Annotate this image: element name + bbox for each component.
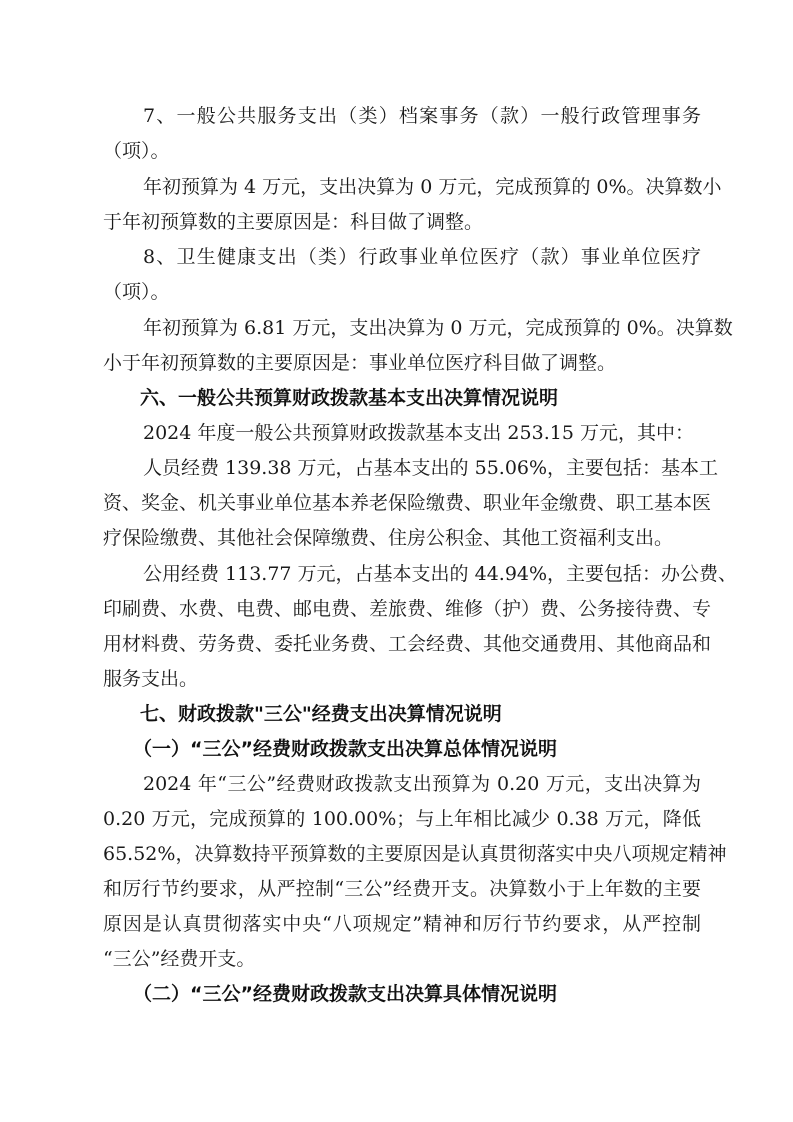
public-expense-para-cont-2: 用材料费、劳务费、委托业务费、工会经费、其他交通费用、其他商品和 bbox=[103, 629, 701, 659]
item-7-body: 年初预算为 4 万元，支出决算为 0 万元，完成预算的 0%。决算数小 bbox=[143, 172, 701, 202]
three-public-para-cont-4: 原因是认真贯彻落实中央“八项规定”精神和厉行节约要求，从严控制 bbox=[103, 909, 701, 939]
public-expense-para: 公用经费 113.77 万元，占基本支出的 44.94%，主要包括：办公费、 bbox=[143, 559, 701, 589]
item-7-title: 7、一般公共服务支出（类）档案事务（款）一般行政管理事务 bbox=[143, 101, 701, 131]
three-public-para-cont-2: 65.52%，决算数持平预算数的主要原因是认真贯彻落实中央八项规定精神 bbox=[103, 839, 701, 869]
item-7-body-cont: 于年初预算数的主要原因是：科目做了调整。 bbox=[103, 207, 701, 237]
personnel-expense-para-cont-2: 疗保险缴费、其他社会保障缴费、住房公积金、其他工资福利支出。 bbox=[103, 523, 701, 553]
three-public-para-cont-3: 和厉行节约要求，从严控制“三公”经费开支。决算数小于上年数的主要 bbox=[103, 874, 701, 904]
three-public-para-cont-5: “三公”经费开支。 bbox=[103, 944, 701, 974]
three-public-para: 2024 年“三公”经费财政拨款支出预算为 0.20 万元，支出决算为 bbox=[143, 769, 701, 799]
section-6-heading: 六、一般公共预算财政拨款基本支出决算情况说明 bbox=[140, 383, 698, 413]
subsection-1-heading: （一）“三公”经费财政拨款支出决算总体情况说明 bbox=[133, 734, 731, 764]
personnel-expense-para-cont-1: 资、奖金、机关事业单位基本养老保险缴费、职业年金缴费、职工基本医 bbox=[103, 488, 701, 518]
personnel-expense-para: 人员经费 139.38 万元，占基本支出的 55.06%，主要包括：基本工 bbox=[143, 453, 701, 483]
document-page: 7、一般公共服务支出（类）档案事务（款）一般行政管理事务 （项）。 年初预算为 … bbox=[0, 0, 793, 1122]
item-8-title-cont: （项）。 bbox=[103, 277, 701, 307]
item-8-body: 年初预算为 6.81 万元，支出决算为 0 万元，完成预算的 0%。决算数 bbox=[143, 313, 701, 343]
item-7-title-cont: （项）。 bbox=[103, 136, 701, 166]
public-expense-para-cont-1: 印刷费、水费、电费、邮电费、差旅费、维修（护）费、公务接待费、专 bbox=[103, 594, 701, 624]
item-8-body-cont: 小于年初预算数的主要原因是：事业单位医疗科目做了调整。 bbox=[103, 348, 701, 378]
section-7-heading: 七、财政拨款"三公"经费支出决算情况说明 bbox=[140, 699, 698, 729]
public-expense-para-cont-3: 服务支出。 bbox=[103, 664, 701, 694]
three-public-para-cont-1: 0.20 万元，完成预算的 100.00%；与上年相比减少 0.38 万元，降低 bbox=[103, 804, 701, 834]
item-8-title: 8、卫生健康支出（类）行政事业单位医疗（款）事业单位医疗 bbox=[143, 242, 701, 272]
subsection-2-heading: （二）“三公”经费财政拨款支出决算具体情况说明 bbox=[133, 979, 731, 1009]
section-6-summary: 2024 年度一般公共预算财政拨款基本支出 253.15 万元，其中： bbox=[143, 418, 701, 448]
